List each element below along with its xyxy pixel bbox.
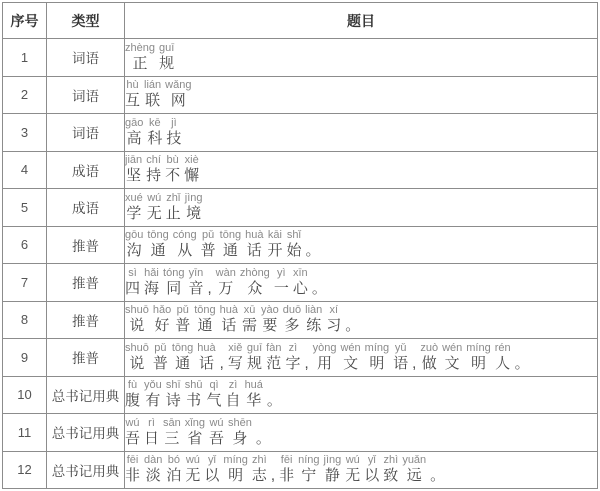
- syllable-unit: gōu沟: [125, 229, 143, 260]
- cell-index: 4: [3, 151, 47, 189]
- syllable-unit: wén文: [340, 342, 360, 373]
- hanzi-text: 持: [146, 167, 161, 185]
- syllable-unit: yǔ语: [393, 342, 408, 373]
- hanzi-text: 。: [515, 355, 530, 373]
- pinyin-text: xiè: [185, 154, 199, 167]
- hanzi-text: 通: [197, 317, 212, 335]
- hanzi-text: 联: [145, 92, 160, 110]
- syllable-unit: lián联: [144, 79, 161, 110]
- syllable-unit: xǐng省: [185, 417, 205, 448]
- pinyin-text: huà: [245, 229, 263, 242]
- cell-index: 10: [3, 376, 47, 414]
- cell-title: fù腹yǒu有shī诗shū书qì气zì自huá华。: [125, 376, 598, 414]
- table-row: 12总书记用典fēi非dàn淡bó泊wú无yǐ以míng明zhì志,fēi非ní…: [3, 451, 598, 489]
- syllable-unit: cóng从: [173, 229, 197, 260]
- table-row: 4成语jiān坚chí持bù不xiè懈: [3, 151, 598, 189]
- pinyin-text: gōu: [125, 229, 143, 242]
- pinyin-text: pǔ: [154, 342, 166, 355]
- hanzi-text: 正: [132, 55, 147, 73]
- hanzi-text: 通: [223, 242, 238, 260]
- hanzi-text: 懈: [184, 167, 199, 185]
- cell-title: shuō说hǎo好pǔ普tōng通huà话xū需yào要duō多liàn练xí习…: [125, 301, 598, 339]
- syllable-unit: hù互: [125, 79, 140, 110]
- hanzi-text: 众: [247, 280, 262, 298]
- pinyin-text: fù: [128, 379, 137, 392]
- hanzi-text: ,: [207, 280, 211, 298]
- hanzi-text: 做: [422, 355, 437, 373]
- syllable-unit: yòng用: [313, 342, 337, 373]
- hanzi-text: 日: [144, 430, 159, 448]
- cell-title: shuō说pǔ普tōng通huà话,xiě写guī规fàn范zì字,yòng用w…: [125, 339, 598, 377]
- hanzi-text: 远: [407, 467, 422, 485]
- hanzi-text: 互: [125, 92, 140, 110]
- hanzi-text: 同: [166, 280, 181, 298]
- hanzi-text: 普: [201, 242, 216, 260]
- syllable-unit: zhì志: [252, 454, 267, 485]
- pinyin-text: xiě: [228, 342, 242, 355]
- pinyin-text: wú: [346, 454, 360, 467]
- syllable-unit: huá华: [245, 379, 263, 410]
- cell-title: wú吾rì日sān三xǐng省wú吾shēn身。: [125, 414, 598, 452]
- hanzi-text: 止: [166, 205, 181, 223]
- pinyin-text: guī: [247, 342, 262, 355]
- pinyin-text: sān: [163, 417, 181, 430]
- punctuation-unit: 。: [256, 417, 271, 448]
- hanzi-text: 吾: [209, 430, 224, 448]
- pinyin-text: yǐ: [368, 454, 376, 467]
- cell-type: 推普: [47, 301, 125, 339]
- pinyin-text: tōng: [147, 229, 168, 242]
- pinyin-text: zhì: [383, 454, 398, 467]
- pinyin-text: gāo: [125, 117, 143, 130]
- cell-index: 6: [3, 226, 47, 264]
- syllable-unit: liàn练: [305, 304, 322, 335]
- table-row: 10总书记用典fù腹yǒu有shī诗shū书qì气zì自huá华。: [3, 376, 598, 414]
- pinyin-text: xí: [329, 304, 338, 317]
- syllable-unit: míng明: [223, 454, 247, 485]
- table-row: 3词语gāo高kē科jì技: [3, 114, 598, 152]
- syllable-unit: shuō说: [125, 342, 149, 373]
- hanzi-text: 非: [279, 467, 294, 485]
- hanzi-text: 语: [393, 355, 408, 373]
- pinyin-text: kē: [149, 117, 161, 130]
- hanzi-text: 淡: [146, 467, 161, 485]
- hanzi-text: 规: [247, 355, 262, 373]
- hanzi-text: 要: [262, 317, 277, 335]
- syllable-unit: yì一: [274, 267, 289, 298]
- syllable-unit: fēi非: [125, 454, 140, 485]
- pinyin-hanzi-phrase: fēi非dàn淡bó泊wú无yǐ以míng明zhì志,fēi非níng宁jìng…: [125, 454, 597, 485]
- syllable-unit: shēn身: [228, 417, 252, 448]
- syllable-unit: xí习: [326, 304, 341, 335]
- table-row: 9推普shuō说pǔ普tōng通huà话,xiě写guī规fàn范zì字,yòn…: [3, 339, 598, 377]
- pinyin-text: jiān: [125, 154, 142, 167]
- hanzi-text: 话: [247, 242, 262, 260]
- syllable-unit: xiè懈: [184, 154, 199, 185]
- syllable-unit: tóng同: [163, 267, 184, 298]
- header-row: 序号 类型 题目: [3, 3, 598, 39]
- cell-index: 7: [3, 264, 47, 302]
- cell-type: 总书记用典: [47, 451, 125, 489]
- syllable-unit: níng宁: [298, 454, 319, 485]
- pinyin-text: zhèng: [125, 42, 155, 55]
- pinyin-text: xué: [125, 192, 143, 205]
- pinyin-text: xǐng: [185, 417, 205, 430]
- syllable-unit: zhèng正: [125, 42, 155, 73]
- hanzi-text: 人: [495, 355, 510, 373]
- hanzi-text: 多: [284, 317, 299, 335]
- syllable-unit: tōng通: [172, 342, 193, 373]
- pinyin-text: shǐ: [287, 229, 301, 242]
- punctuation-unit: ,: [271, 454, 275, 485]
- hanzi-text: 规: [159, 55, 174, 73]
- pinyin-text: shuō: [125, 304, 149, 317]
- pinyin-text: shēn: [228, 417, 252, 430]
- pinyin-text: kāi: [268, 229, 282, 242]
- cell-index: 12: [3, 451, 47, 489]
- pinyin-text: yǐ: [208, 454, 216, 467]
- pinyin-hanzi-phrase: gōu沟tōng通cóng从pǔ普tōng通huà话kāi开shǐ始。: [125, 229, 597, 260]
- hanzi-text: 四: [125, 280, 140, 298]
- syllable-unit: zhǐ止: [166, 192, 181, 223]
- table-row: 1词语zhèng正guī规: [3, 39, 598, 77]
- hanzi-text: 字: [285, 355, 300, 373]
- hanzi-text: 话: [221, 317, 236, 335]
- cell-index: 11: [3, 414, 47, 452]
- syllable-unit: wàn万: [216, 267, 236, 298]
- hanzi-text: 好: [155, 317, 170, 335]
- syllable-unit: zì自: [226, 379, 241, 410]
- pinyin-text: míng: [365, 342, 389, 355]
- cell-type: 总书记用典: [47, 376, 125, 414]
- cell-index: 8: [3, 301, 47, 339]
- hanzi-text: 以: [364, 467, 379, 485]
- pinyin-hanzi-phrase: wú吾rì日sān三xǐng省wú吾shēn身。: [125, 417, 597, 448]
- table-row: 2词语hù互lián联wǎng网: [3, 76, 598, 114]
- syllable-unit: fēi非: [279, 454, 294, 485]
- hanzi-text: 无: [147, 205, 162, 223]
- cell-index: 3: [3, 114, 47, 152]
- pinyin-hanzi-phrase: zhèng正guī规: [125, 42, 597, 73]
- column-header-title: 题目: [125, 3, 598, 39]
- hanzi-text: 话: [199, 355, 214, 373]
- hanzi-text: 。: [430, 467, 445, 485]
- hanzi-text: 致: [383, 467, 398, 485]
- table-row: 6推普gōu沟tōng通cóng从pǔ普tōng通huà话kāi开shǐ始。: [3, 226, 598, 264]
- syllable-unit: wú吾: [125, 417, 140, 448]
- cell-title: zhèng正guī规: [125, 39, 598, 77]
- syllable-unit: wǎng网: [165, 79, 191, 110]
- hanzi-text: 网: [171, 92, 186, 110]
- syllable-unit: míng明: [365, 342, 389, 373]
- syllable-unit: chí持: [146, 154, 161, 185]
- hanzi-text: 书: [186, 392, 201, 410]
- cell-title: sì四hǎi海tóng同yīn音,wàn万zhòng众yì一xīn心。: [125, 264, 598, 302]
- pinyin-text: huá: [245, 379, 263, 392]
- syllable-unit: tōng通: [220, 229, 241, 260]
- syllable-unit: bó泊: [166, 454, 181, 485]
- hanzi-text: 省: [187, 430, 202, 448]
- cell-type: 推普: [47, 226, 125, 264]
- hanzi-text: 通: [175, 355, 190, 373]
- pinyin-text: xū: [244, 304, 256, 317]
- pinyin-text: rì: [148, 417, 155, 430]
- hanzi-text: 无: [185, 467, 200, 485]
- pinyin-text: níng: [298, 454, 319, 467]
- syllable-unit: bù不: [165, 154, 180, 185]
- hanzi-text: 高: [127, 130, 142, 148]
- pinyin-text: liàn: [305, 304, 322, 317]
- pinyin-text: wén: [442, 342, 462, 355]
- hanzi-text: 坚: [126, 167, 141, 185]
- hanzi-text: ,: [304, 355, 308, 373]
- pinyin-text: xīn: [293, 267, 308, 280]
- syllable-unit: fù腹: [125, 379, 140, 410]
- pinyin-text: yǒu: [144, 379, 162, 392]
- hanzi-text: 非: [125, 467, 140, 485]
- hanzi-text: 普: [153, 355, 168, 373]
- pinyin-text: tōng: [172, 342, 193, 355]
- hanzi-text: 泊: [166, 467, 181, 485]
- hanzi-text: 明: [369, 355, 384, 373]
- cell-type: 成语: [47, 189, 125, 227]
- pinyin-text: jìng: [185, 192, 203, 205]
- pinyin-text: yào: [261, 304, 279, 317]
- pinyin-text: míng: [223, 454, 247, 467]
- syllable-unit: yǐ以: [364, 454, 379, 485]
- hanzi-text: 始: [286, 242, 301, 260]
- pinyin-text: chí: [146, 154, 161, 167]
- hanzi-text: 范: [266, 355, 281, 373]
- pinyin-text: tōng: [220, 229, 241, 242]
- syllable-unit: jì技: [166, 117, 181, 148]
- pinyin-hanzi-phrase: jiān坚chí持bù不xiè懈: [125, 154, 597, 185]
- pinyin-text: fēi: [127, 454, 139, 467]
- syllable-unit: yǐ以: [204, 454, 219, 485]
- hanzi-text: ,: [220, 355, 224, 373]
- cell-index: 9: [3, 339, 47, 377]
- syllable-unit: zhì致: [383, 454, 398, 485]
- pinyin-hanzi-phrase: hù互lián联wǎng网: [125, 79, 597, 110]
- syllable-unit: xīn心: [293, 267, 308, 298]
- hanzi-text: 开: [267, 242, 282, 260]
- pinyin-text: cóng: [173, 229, 197, 242]
- syllable-unit: yào要: [261, 304, 279, 335]
- syllable-unit: wú吾: [209, 417, 224, 448]
- syllable-unit: rì日: [144, 417, 159, 448]
- pinyin-text: fàn: [266, 342, 281, 355]
- punctuation-unit: ,: [304, 342, 308, 373]
- cell-index: 1: [3, 39, 47, 77]
- hanzi-text: 万: [218, 280, 233, 298]
- hanzi-text: 华: [246, 392, 261, 410]
- syllable-unit: jìng静: [324, 454, 342, 485]
- cell-title: xué学wú无zhǐ止jìng境: [125, 189, 598, 227]
- pinyin-text: guī: [159, 42, 174, 55]
- hanzi-text: 。: [312, 280, 327, 298]
- syllable-unit: zì字: [285, 342, 300, 373]
- pinyin-text: shuō: [125, 342, 149, 355]
- pinyin-text: zhǐ: [166, 192, 180, 205]
- pinyin-text: pǔ: [177, 304, 189, 317]
- syllable-unit: xū需: [242, 304, 257, 335]
- syllable-unit: pǔ普: [175, 304, 190, 335]
- hanzi-text: 通: [151, 242, 166, 260]
- hanzi-text: 普: [175, 317, 190, 335]
- punctuation-unit: ,: [412, 342, 416, 373]
- syllable-unit: shū书: [185, 379, 203, 410]
- punctuation-unit: 。: [267, 379, 282, 410]
- punctuation-unit: ,: [220, 342, 224, 373]
- pinyin-text: wàn: [216, 267, 236, 280]
- hanzi-text: 有: [145, 392, 160, 410]
- syllable-unit: pǔ普: [201, 229, 216, 260]
- cell-type: 推普: [47, 339, 125, 377]
- pinyin-text: wú: [147, 192, 161, 205]
- syllable-unit: kāi开: [267, 229, 282, 260]
- pinyin-text: dàn: [144, 454, 162, 467]
- pinyin-text: zì: [229, 379, 238, 392]
- pinyin-hanzi-phrase: shuō说pǔ普tōng通huà话,xiě写guī规fàn范zì字,yòng用w…: [125, 342, 597, 373]
- pinyin-text: fēi: [281, 454, 293, 467]
- hanzi-text: 心: [293, 280, 308, 298]
- pinyin-text: pǔ: [202, 229, 214, 242]
- pinyin-text: zhòng: [240, 267, 270, 280]
- pinyin-text: bó: [168, 454, 180, 467]
- hanzi-text: 习: [326, 317, 341, 335]
- hanzi-text: 用: [317, 355, 332, 373]
- syllable-unit: yīn音: [188, 267, 203, 298]
- pinyin-text: rén: [495, 342, 511, 355]
- hanzi-text: 科: [147, 130, 162, 148]
- syllable-unit: tōng通: [194, 304, 215, 335]
- pinyin-text: lián: [144, 79, 161, 92]
- pinyin-text: huà: [220, 304, 238, 317]
- syllable-unit: míng明: [466, 342, 490, 373]
- hanzi-text: 明: [471, 355, 486, 373]
- pinyin-text: yǔ: [395, 342, 407, 355]
- cell-title: jiān坚chí持bù不xiè懈: [125, 151, 598, 189]
- pinyin-text: tóng: [163, 267, 184, 280]
- syllable-unit: wén文: [442, 342, 462, 373]
- syllable-unit: sì四: [125, 267, 140, 298]
- hanzi-text: 练: [306, 317, 321, 335]
- punctuation-unit: 。: [345, 304, 360, 335]
- hanzi-text: 吾: [125, 430, 140, 448]
- table-row: 8推普shuō说hǎo好pǔ普tōng通huà话xū需yào要duō多liàn练…: [3, 301, 598, 339]
- pinyin-text: míng: [466, 342, 490, 355]
- syllable-unit: kē科: [147, 117, 162, 148]
- pinyin-text: hǎo: [153, 304, 171, 317]
- table-body: 1词语zhèng正guī规2词语hù互lián联wǎng网3词语gāo高kē科j…: [3, 39, 598, 489]
- pinyin-text: zuò: [420, 342, 438, 355]
- hanzi-text: 以: [204, 467, 219, 485]
- syllable-unit: zhòng众: [240, 267, 270, 298]
- syllable-unit: rén人: [495, 342, 511, 373]
- pinyin-text: shī: [166, 379, 181, 392]
- hanzi-text: 。: [256, 430, 271, 448]
- pinyin-text: wén: [340, 342, 360, 355]
- syllable-unit: jiān坚: [125, 154, 142, 185]
- hanzi-text: 技: [166, 130, 181, 148]
- syllable-unit: guī规: [159, 42, 174, 73]
- hanzi-text: 海: [144, 280, 159, 298]
- hanzi-text: 。: [345, 317, 360, 335]
- hanzi-text: 不: [165, 167, 180, 185]
- hanzi-text: 境: [186, 205, 201, 223]
- syllable-unit: sān三: [163, 417, 181, 448]
- hanzi-text: 沟: [127, 242, 142, 260]
- cell-title: gōu沟tōng通cóng从pǔ普tōng通huà话kāi开shǐ始。: [125, 226, 598, 264]
- pinyin-text: jìng: [324, 454, 342, 467]
- hanzi-text: 三: [164, 430, 179, 448]
- pinyin-text: yīn: [189, 267, 204, 280]
- hanzi-text: ,: [271, 467, 275, 485]
- hanzi-text: 学: [126, 205, 141, 223]
- cell-index: 2: [3, 76, 47, 114]
- pinyin-hanzi-phrase: fù腹yǒu有shī诗shū书qì气zì自huá华。: [125, 379, 597, 410]
- syllable-unit: tōng通: [147, 229, 168, 260]
- table-row: 7推普sì四hǎi海tóng同yīn音,wàn万zhòng众yì一xīn心。: [3, 264, 598, 302]
- table-row: 5成语xué学wú无zhǐ止jìng境: [3, 189, 598, 227]
- exam-table: 序号 类型 题目 1词语zhèng正guī规2词语hù互lián联wǎng网3词…: [2, 2, 598, 489]
- hanzi-text: ,: [412, 355, 416, 373]
- syllable-unit: xiě写: [228, 342, 243, 373]
- cell-type: 词语: [47, 114, 125, 152]
- syllable-unit: gāo高: [125, 117, 143, 148]
- hanzi-text: 明: [228, 467, 243, 485]
- column-header-index: 序号: [3, 3, 47, 39]
- hanzi-text: 说: [129, 355, 144, 373]
- syllable-unit: yuǎn远: [402, 454, 426, 485]
- hanzi-text: 从: [177, 242, 192, 260]
- table-row: 11总书记用典wú吾rì日sān三xǐng省wú吾shēn身。: [3, 414, 598, 452]
- punctuation-unit: 。: [305, 229, 320, 260]
- pinyin-text: yì: [277, 267, 286, 280]
- pinyin-text: wú: [209, 417, 223, 430]
- syllable-unit: shǐ始: [286, 229, 301, 260]
- hanzi-text: 一: [274, 280, 289, 298]
- syllable-unit: wú无: [345, 454, 360, 485]
- pinyin-hanzi-phrase: xué学wú无zhǐ止jìng境: [125, 192, 597, 223]
- hanzi-text: 宁: [301, 467, 316, 485]
- hanzi-text: 写: [228, 355, 243, 373]
- syllable-unit: fàn范: [266, 342, 281, 373]
- cell-index: 5: [3, 189, 47, 227]
- column-header-type: 类型: [47, 3, 125, 39]
- hanzi-text: 文: [343, 355, 358, 373]
- punctuation-unit: 。: [312, 267, 327, 298]
- pinyin-text: wú: [186, 454, 200, 467]
- syllable-unit: huà话: [220, 304, 238, 335]
- hanzi-text: 无: [345, 467, 360, 485]
- syllable-unit: pǔ普: [153, 342, 168, 373]
- syllable-unit: shuō说: [125, 304, 149, 335]
- pinyin-hanzi-phrase: gāo高kē科jì技: [125, 117, 597, 148]
- hanzi-text: 文: [445, 355, 460, 373]
- punctuation-unit: ,: [207, 267, 211, 298]
- cell-title: gāo高kē科jì技: [125, 114, 598, 152]
- pinyin-text: hǎi: [144, 267, 159, 280]
- syllable-unit: zuò做: [420, 342, 438, 373]
- hanzi-text: 静: [325, 467, 340, 485]
- pinyin-text: hù: [126, 79, 138, 92]
- syllable-unit: wú无: [185, 454, 200, 485]
- hanzi-text: 气: [207, 392, 222, 410]
- cell-type: 推普: [47, 264, 125, 302]
- syllable-unit: dàn淡: [144, 454, 162, 485]
- cell-title: fēi非dàn淡bó泊wú无yǐ以míng明zhì志,fēi非níng宁jìng…: [125, 451, 598, 489]
